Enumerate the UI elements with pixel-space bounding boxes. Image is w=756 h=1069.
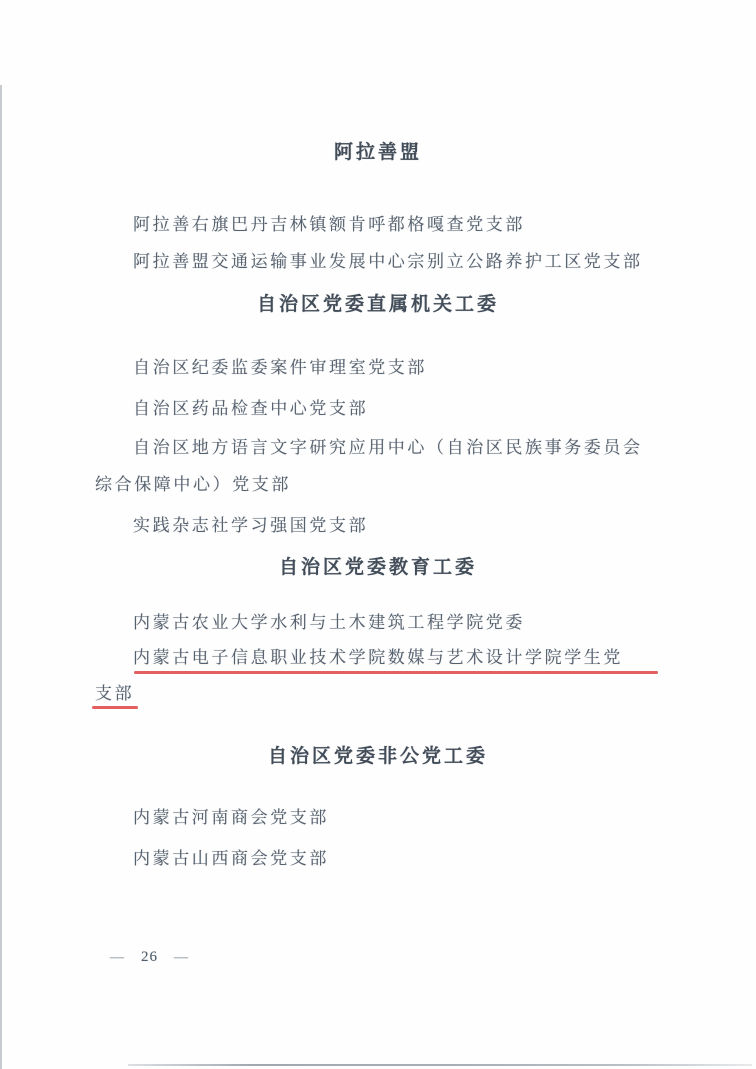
org-item: 内蒙古农业大学水利与土木建筑工程学院党委	[133, 611, 525, 635]
page-number-value: 26	[141, 949, 158, 965]
org-item: 实践杂志社学习强国党支部	[133, 514, 368, 538]
org-item: 自治区地方语言文字研究应用中心（自治区民族事务委员会	[133, 436, 643, 460]
page-number: —26—	[110, 948, 189, 966]
section-heading-1: 阿拉善盟	[0, 140, 756, 166]
org-item-continuation-underlined: 支部	[95, 682, 134, 706]
org-item: 内蒙古河南商会党支部	[133, 806, 329, 830]
org-item: 阿拉善盟交通运输事业发展中心宗别立公路养护工区党支部	[133, 250, 643, 274]
page-number-dash-right: —	[174, 950, 189, 965]
org-item-underlined: 内蒙古电子信息职业技术学院数媒与艺术设计学院学生党	[133, 646, 623, 670]
org-item: 自治区药品检查中心党支部	[133, 397, 368, 421]
section-heading-2: 自治区党委直属机关工委	[0, 292, 756, 318]
org-item-continuation: 综合保障中心）党支部	[95, 473, 291, 497]
red-underline-mark-line1	[134, 671, 658, 674]
org-item: 内蒙古山西商会党支部	[133, 847, 329, 871]
scan-edge-left-artifact	[0, 85, 2, 1069]
page-number-dash-left: —	[110, 950, 125, 965]
section-heading-3: 自治区党委教育工委	[0, 555, 756, 581]
scan-edge-bottom-artifact	[128, 1064, 752, 1066]
section-heading-4: 自治区党委非公党工委	[0, 744, 756, 770]
red-underline-mark-line2	[92, 706, 138, 709]
document-page: 阿拉善盟 阿拉善右旗巴丹吉林镇额肯呼都格嘎查党支部 阿拉善盟交通运输事业发展中心…	[0, 0, 756, 1069]
org-item: 自治区纪委监委案件审理室党支部	[133, 356, 427, 380]
org-item: 阿拉善右旗巴丹吉林镇额肯呼都格嘎查党支部	[133, 213, 525, 237]
